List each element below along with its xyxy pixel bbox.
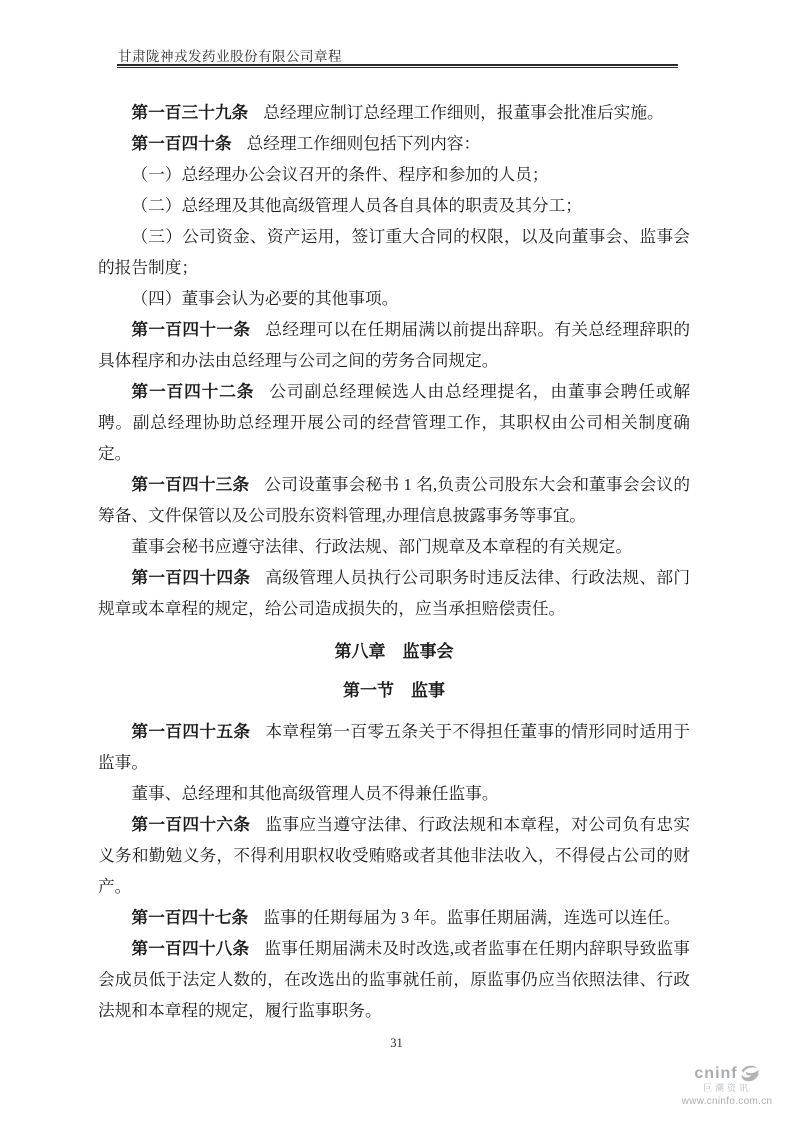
section-heading: 第一节 监事 [98,675,690,706]
article-number: 第一百四十五条 [131,722,250,741]
header-rule [117,64,678,68]
page-number: 31 [0,1036,793,1051]
article-number: 第一百四十条 [131,134,231,153]
article-text: 监事的任期每届为 3 年。监事任期届满，连选可以连任。 [263,908,680,927]
plain-paragraph: 董事会秘书应遵守法律、行政法规、部门规章及本章程的有关规定。 [98,531,690,562]
document-page: 甘肃陇神戎发药业股份有限公司章程 第一百三十九条总经理应制订总经理工作细则，报董… [0,0,793,1122]
article-number: 第一百四十四条 [131,568,250,587]
article-number: 第一百四十六条 [131,815,250,834]
article-paragraph: 第一百四十二条公司副总经理候选人由总经理提名，由董事会聘任或解聘。副总经理协助总… [98,376,690,469]
article-number: 第一百四十二条 [131,382,254,401]
paragraph-text: 董事、总经理和其他高级管理人员不得兼任监事。 [131,784,498,803]
cninfo-url: www.cninfo.com.cn [667,1096,787,1107]
list-item-paragraph: （三）公司资金、资产运用，签订重大合同的权限，以及向董事会、监事会的报告制度； [98,221,690,283]
cninfo-swirl-icon [739,1064,760,1083]
list-item-paragraph: （四）董事会认为必要的其他事项。 [98,283,690,314]
article-number: 第一百四十三条 [131,475,249,494]
article-number: 第一百三十九条 [131,103,248,122]
article-text: 总经理应制订总经理工作细则，报董事会批准后实施。 [263,103,664,122]
cninfo-logo: cninf 巨潮资讯 www.cninfo.com.cn [667,1064,787,1107]
cninfo-logo-row: cninf [667,1064,787,1083]
list-item-paragraph: （一）总经理办公会议召开的条件、程序和参加的人员； [98,159,690,190]
article-paragraph: 第一百四十三条公司设董事会秘书 1 名,负责公司股东大会和董事会会议的筹备、文件… [98,469,690,531]
article-number: 第一百四十八条 [131,939,249,958]
list-item-text: （二）总经理及其他高级管理人员各自具体的职责及其分工； [131,196,582,215]
cninfo-caption: 巨潮资讯 [667,1084,787,1094]
article-paragraph: 第一百四十六条监事应当遵守法律、行政法规和本章程，对公司负有忠实义务和勤勉义务，… [98,809,690,902]
article-number: 第一百四十一条 [131,320,250,339]
document-body: 第一百三十九条总经理应制订总经理工作细则，报董事会批准后实施。 第一百四十条总经… [98,97,690,1026]
list-item-paragraph: （二）总经理及其他高级管理人员各自具体的职责及其分工； [98,190,690,221]
chapter-heading: 第八章 监事会 [98,636,690,667]
list-item-text: （四）董事会认为必要的其他事项。 [131,289,398,308]
list-item-text: （三）公司资金、资产运用，签订重大合同的权限，以及向董事会、监事会的报告制度； [98,227,690,277]
article-paragraph: 第一百四十条总经理工作细则包括下列内容： [98,128,690,159]
article-paragraph: 第一百四十五条本章程第一百零五条关于不得担任董事的情形同时适用于监事。 [98,716,690,778]
paragraph-text: 董事会秘书应遵守法律、行政法规、部门规章及本章程的有关规定。 [131,537,632,556]
article-text: 总经理工作细则包括下列内容： [247,134,481,153]
header-title: 甘肃陇神戎发药业股份有限公司章程 [118,45,342,65]
article-paragraph: 第一百四十四条高级管理人员执行公司职务时违反法律、行政法规、部门规章或本章程的规… [98,562,690,624]
article-paragraph: 第一百四十一条总经理可以在任期届满以前提出辞职。有关总经理辞职的具体程序和办法由… [98,314,690,376]
article-paragraph: 第一百四十八条监事任期届满未及时改选,或者监事在任期内辞职导致监事会成员低于法定… [98,933,690,1026]
cninfo-wordmark: cninf [694,1065,737,1083]
article-number: 第一百四十七条 [131,908,248,927]
article-paragraph: 第一百四十七条监事的任期每届为 3 年。监事任期届满，连选可以连任。 [98,902,690,933]
article-paragraph: 第一百三十九条总经理应制订总经理工作细则，报董事会批准后实施。 [98,97,690,128]
list-item-text: （一）总经理办公会议召开的条件、程序和参加的人员； [131,165,548,184]
plain-paragraph: 董事、总经理和其他高级管理人员不得兼任监事。 [98,778,690,809]
